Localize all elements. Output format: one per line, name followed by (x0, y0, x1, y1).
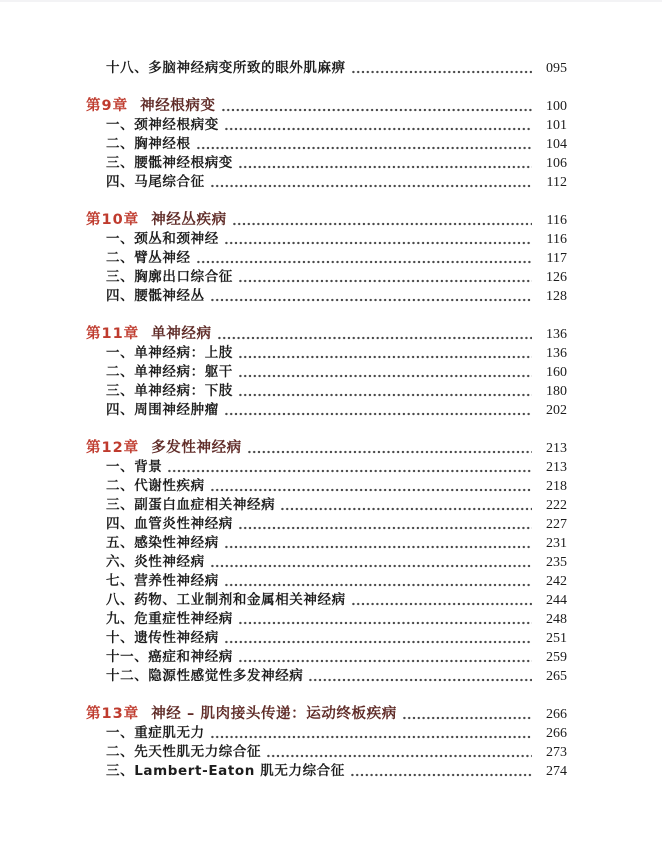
toc-item-label: 五、感染性神经病 (106, 534, 219, 553)
toc-item-row: 二、单神经病：躯干160 (86, 363, 567, 382)
dotted-leader (267, 754, 532, 758)
dotted-leader (225, 583, 532, 587)
toc-page-number: 242 (540, 572, 567, 591)
toc-item-row: 三、腰骶神经根病变106 (86, 154, 567, 173)
toc-chapter-title: 神经根病变 (140, 97, 216, 116)
toc-chapter-block: 第13章神经 – 肌肉接头传递：运动终板疾病266一、重症肌无力266二、先天性… (86, 705, 567, 781)
dotted-leader (351, 773, 532, 777)
toc-item-label: 二、胸神经根 (106, 135, 191, 154)
toc-page-number: 117 (540, 249, 567, 268)
toc-item-label: 一、背景 (106, 458, 162, 477)
toc-item-label: 一、单神经病：上肢 (106, 344, 233, 363)
toc-item-label: 十八、多脑神经病变所致的眼外肌麻痹 (106, 59, 346, 78)
toc-item-row: 一、颈丛和颈神经116 (86, 230, 567, 249)
toc-chapter-block: 第12章多发性神经病213一、背景213二、代谢性疾病218三、副蛋白血症相关神… (86, 439, 567, 686)
toc-page-number: 222 (540, 496, 567, 515)
dotted-leader (211, 184, 532, 188)
toc-item-label: 三、单神经病：下肢 (106, 382, 233, 401)
toc-item-label: 一、颈丛和颈神经 (106, 230, 219, 249)
toc-chapter-title: 神经丛疾病 (151, 211, 227, 230)
toc-item-label: 七、营养性神经病 (106, 572, 219, 591)
toc-page-number: 251 (540, 629, 567, 648)
toc-item-label: 六、炎性神经病 (106, 553, 205, 572)
toc-chapter-title: 多发性神经病 (151, 439, 242, 458)
toc-page-number: 274 (540, 762, 567, 781)
toc-page-number: 180 (540, 382, 567, 401)
toc-page-number: 104 (540, 135, 567, 154)
dotted-leader (239, 659, 532, 663)
toc-item-label: 一、颈神经根病变 (106, 116, 219, 135)
toc-item-label: 三、Lambert-Eaton 肌无力综合征 (106, 762, 345, 781)
dotted-leader (197, 146, 532, 150)
toc-page-number: 218 (540, 477, 567, 496)
toc-item-label: 二、代谢性疾病 (106, 477, 205, 496)
toc-chapter-title: 神经 – 肌肉接头传递：运动终板疾病 (151, 705, 397, 724)
toc-item-label: 一、重症肌无力 (106, 724, 205, 743)
toc-page-number: 112 (540, 173, 567, 192)
dotted-leader (225, 640, 532, 644)
toc-list: 十八、多脑神经病变所致的眼外肌麻痹095第9章神经根病变100一、颈神经根病变1… (86, 59, 567, 781)
toc-item-row: 五、感染性神经病231 (86, 534, 567, 553)
toc-chapter-number: 第12章 (86, 439, 139, 458)
toc-item-row: 四、马尾综合征112 (86, 173, 567, 192)
dotted-leader (248, 450, 532, 454)
toc-chapter-number: 第9章 (86, 97, 128, 116)
toc-item-label: 四、马尾综合征 (106, 173, 205, 192)
toc-item-row: 一、重症肌无力266 (86, 724, 567, 743)
toc-chapter-block: 第9章神经根病变100一、颈神经根病变101二、胸神经根104三、腰骶神经根病变… (86, 97, 567, 192)
toc-item-label: 三、胸廓出口综合征 (106, 268, 233, 287)
toc-item-label: 二、先天性肌无力综合征 (106, 743, 261, 762)
toc-page-number: 231 (540, 534, 567, 553)
toc-item-label: 十一、癌症和神经病 (106, 648, 233, 667)
toc-page: 十八、多脑神经病变所致的眼外肌麻痹095第9章神经根病变100一、颈神经根病变1… (0, 0, 662, 854)
toc-item-row: 二、代谢性疾病218 (86, 477, 567, 496)
toc-chapter-number: 第10章 (86, 211, 139, 230)
toc-page-number: 126 (540, 268, 567, 287)
toc-chapter-row: 第12章多发性神经病213 (86, 439, 567, 458)
toc-page-number: 101 (540, 116, 567, 135)
dotted-leader (233, 222, 532, 226)
toc-chapter-title: 单神经病 (151, 325, 211, 344)
toc-page-number: 213 (540, 458, 567, 477)
toc-chapter-row: 第11章单神经病136 (86, 325, 567, 344)
dotted-leader (239, 393, 532, 397)
dotted-leader (239, 165, 532, 169)
toc-item-row: 一、单神经病：上肢136 (86, 344, 567, 363)
dotted-leader (239, 526, 532, 530)
toc-chapter-block: 第11章单神经病136一、单神经病：上肢136二、单神经病：躯干160三、单神经… (86, 325, 567, 420)
toc-item-row: 七、营养性神经病242 (86, 572, 567, 591)
toc-page-number: 095 (540, 59, 567, 78)
toc-page-number: 227 (540, 515, 567, 534)
toc-item-label: 三、腰骶神经根病变 (106, 154, 233, 173)
toc-chapter-block: 第10章神经丛疾病116一、颈丛和颈神经116二、臂丛神经117三、胸廓出口综合… (86, 211, 567, 306)
toc-item-label: 八、药物、工业制剂和金属相关神经病 (106, 591, 346, 610)
toc-chapter-row: 第10章神经丛疾病116 (86, 211, 567, 230)
dotted-leader (197, 260, 532, 264)
toc-page-number: 116 (540, 211, 567, 230)
toc-chapter-number: 第13章 (86, 705, 139, 724)
toc-item-row: 三、胸廓出口综合征126 (86, 268, 567, 287)
dotted-leader (403, 716, 532, 720)
toc-item-row: 四、腰骶神经丛128 (86, 287, 567, 306)
toc-page-number: 213 (540, 439, 567, 458)
toc-item-row: 三、Lambert-Eaton 肌无力综合征274 (86, 762, 567, 781)
dotted-leader (211, 564, 532, 568)
dotted-leader (218, 336, 532, 340)
toc-item-row: 十八、多脑神经病变所致的眼外肌麻痹095 (86, 59, 567, 78)
toc-page-number: 248 (540, 610, 567, 629)
toc-page-number: 128 (540, 287, 567, 306)
dotted-leader (352, 602, 532, 606)
dotted-leader (211, 488, 532, 492)
toc-item-row: 十二、隐源性感觉性多发神经病265 (86, 667, 567, 686)
dotted-leader (239, 279, 532, 283)
toc-page-number: 266 (540, 705, 567, 724)
toc-page-number: 136 (540, 344, 567, 363)
toc-item-row: 三、单神经病：下肢180 (86, 382, 567, 401)
dotted-leader (225, 545, 532, 549)
toc-chapter-number: 第11章 (86, 325, 139, 344)
toc-page-number: 116 (540, 230, 567, 249)
toc-item-row: 四、周围神经肿瘤202 (86, 401, 567, 420)
toc-item-label: 三、副蛋白血症相关神经病 (106, 496, 275, 515)
toc-item-row: 二、胸神经根104 (86, 135, 567, 154)
toc-item-label: 二、单神经病：躯干 (106, 363, 233, 382)
toc-page-number: 235 (540, 553, 567, 572)
toc-item-row: 一、颈神经根病变101 (86, 116, 567, 135)
toc-item-row: 四、血管炎性神经病227 (86, 515, 567, 534)
dotted-leader (168, 469, 532, 473)
dotted-leader (225, 412, 532, 416)
toc-page-number: 160 (540, 363, 567, 382)
toc-page-number: 259 (540, 648, 567, 667)
toc-chapter-row: 第13章神经 – 肌肉接头传递：运动终板疾病266 (86, 705, 567, 724)
dotted-leader (225, 241, 532, 245)
toc-page-number: 266 (540, 724, 567, 743)
toc-item-row: 二、臂丛神经117 (86, 249, 567, 268)
toc-page-number: 202 (540, 401, 567, 420)
dotted-leader (281, 507, 532, 511)
dotted-leader (239, 374, 532, 378)
toc-item-label: 十、遗传性神经病 (106, 629, 219, 648)
toc-item-row: 九、危重症性神经病248 (86, 610, 567, 629)
toc-item-label: 四、周围神经肿瘤 (106, 401, 219, 420)
toc-item-label: 二、臂丛神经 (106, 249, 191, 268)
toc-item-label: 十二、隐源性感觉性多发神经病 (106, 667, 303, 686)
toc-page-number: 273 (540, 743, 567, 762)
dotted-leader (239, 621, 532, 625)
toc-item-row: 十、遗传性神经病251 (86, 629, 567, 648)
toc-page-number: 244 (540, 591, 567, 610)
toc-item-row: 八、药物、工业制剂和金属相关神经病244 (86, 591, 567, 610)
dotted-leader (239, 355, 532, 359)
toc-chapter-row: 第9章神经根病变100 (86, 97, 567, 116)
dotted-leader (225, 127, 532, 131)
toc-page-number: 106 (540, 154, 567, 173)
toc-page-number: 265 (540, 667, 567, 686)
dotted-leader (309, 678, 532, 682)
toc-item-label: 四、血管炎性神经病 (106, 515, 233, 534)
toc-item-label: 四、腰骶神经丛 (106, 287, 205, 306)
dotted-leader (222, 108, 532, 112)
dotted-leader (352, 70, 532, 74)
toc-item-row: 一、背景213 (86, 458, 567, 477)
toc-item-row: 十一、癌症和神经病259 (86, 648, 567, 667)
toc-item-label: 九、危重症性神经病 (106, 610, 233, 629)
dotted-leader (211, 298, 532, 302)
toc-page-number: 100 (540, 97, 567, 116)
toc-item-row: 三、副蛋白血症相关神经病222 (86, 496, 567, 515)
toc-item-row: 二、先天性肌无力综合征273 (86, 743, 567, 762)
toc-item-row: 六、炎性神经病235 (86, 553, 567, 572)
dotted-leader (211, 735, 532, 739)
toc-page-number: 136 (540, 325, 567, 344)
